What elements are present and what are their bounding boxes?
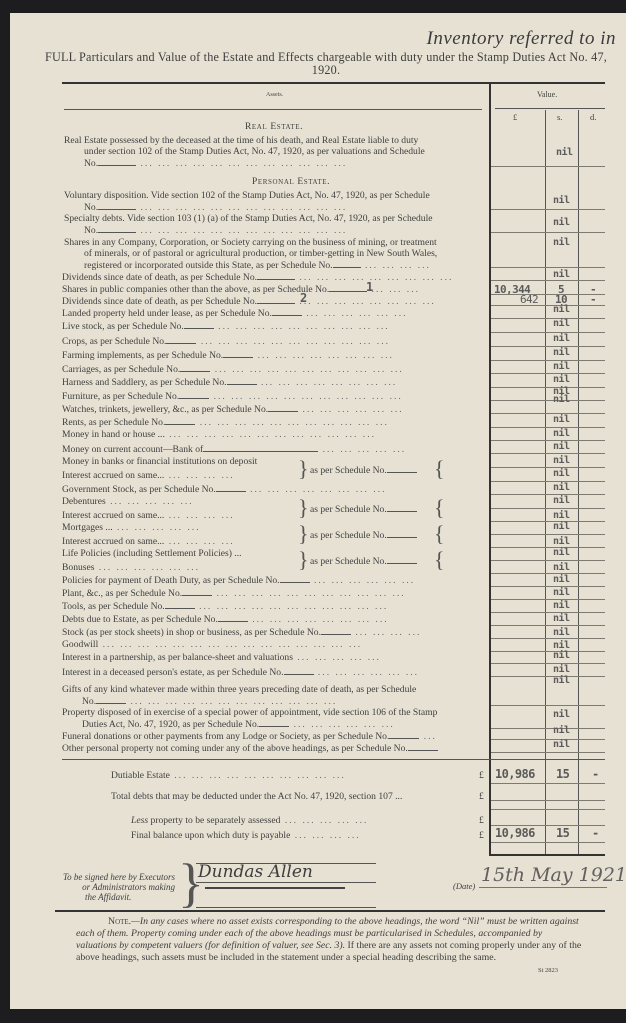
date-value: 15th May 1921 xyxy=(481,864,626,886)
row-rule xyxy=(491,809,605,810)
signature-line xyxy=(196,882,376,883)
row-rule xyxy=(491,800,605,801)
nil-value: nil xyxy=(553,361,570,372)
row-rule xyxy=(491,705,605,706)
row-rule xyxy=(491,508,605,509)
nil-value: nil xyxy=(553,650,570,661)
row-live-stock: Live stock, as per Schedule No. ... ... … xyxy=(62,320,390,332)
nil-value: nil xyxy=(553,333,570,344)
total-dutiable-estate-label: Dutiable Estate ... ... ... ... ... ... … xyxy=(111,770,346,781)
row-rule xyxy=(491,573,605,574)
row-rule xyxy=(491,534,605,535)
brace-right: } xyxy=(298,458,309,480)
row-furniture: Furniture, as per Schedule No. ... ... .… xyxy=(62,390,403,402)
note-prefix: Note. xyxy=(76,916,131,927)
row-mortgages: Mortgages ... ... ... ... ... ... xyxy=(62,522,201,533)
row-tools: Tools, as per Schedule No. ... ... ... .… xyxy=(62,600,388,612)
nil-value: nil xyxy=(553,269,570,280)
value-header-rule xyxy=(495,108,605,109)
shillings-pence-divider xyxy=(578,110,579,855)
table-bottom-rule xyxy=(489,854,605,856)
brace-left: { xyxy=(434,497,445,519)
signature-underline xyxy=(205,887,345,889)
row-interest-banks: Interest accrued on same... ... ... ... … xyxy=(62,470,235,481)
brace-right: } xyxy=(298,549,309,571)
row-specialty-no: No. ... ... ... ... ... ... ... ... ... … xyxy=(84,224,347,236)
row-crops: Crops, as per Schedule No. ... ... ... .… xyxy=(62,335,390,347)
dutiable-shillings: 15 xyxy=(556,767,569,781)
brace-schedule-label: as per Schedule No. xyxy=(310,555,417,567)
nil-value: nil xyxy=(553,574,570,585)
row-other-personal-property: Other personal property not coming under… xyxy=(62,742,438,754)
row-rule xyxy=(491,467,605,468)
instruction-line: the Affidavit. xyxy=(55,892,175,902)
row-rule xyxy=(491,360,605,361)
row-rule xyxy=(491,676,605,677)
row-money-in-banks: Money in banks or financial institutions… xyxy=(62,456,257,467)
row-dividends-2: Dividends since date of death, as per Sc… xyxy=(62,295,436,307)
row-rule xyxy=(491,232,605,233)
nil-value: nil xyxy=(553,562,570,573)
nil-value: nil xyxy=(553,547,570,558)
row-rule xyxy=(491,612,605,613)
nil-value: nil xyxy=(553,664,570,675)
brace-right: } xyxy=(298,497,309,519)
brace-schedule-label: as per Schedule No. xyxy=(310,529,417,541)
nil-value: nil xyxy=(553,725,570,736)
date-label: (Date) xyxy=(453,881,475,892)
nil-value: nil xyxy=(553,414,570,425)
row-funeral-donations: Funeral donations or other payments from… xyxy=(62,730,437,742)
instruction-line: or Administrators making xyxy=(55,882,175,892)
row-property-disposed-line2: Duties Act, No. 47, 1920, as per Schedul… xyxy=(82,718,395,730)
row-rule xyxy=(491,651,605,652)
nil-value: nil xyxy=(553,374,570,385)
final-balance-label: Final balance upon which duty is payable… xyxy=(131,830,361,841)
date-line xyxy=(479,887,607,888)
signature-instruction: To be signed here by Executors or Admini… xyxy=(55,872,175,902)
nil-value: nil xyxy=(553,347,570,358)
row-money-current-account: Money on current account—Bank of ... ...… xyxy=(62,443,406,455)
row-voluntary-no: No. ... ... ... ... ... ... ... ... ... … xyxy=(84,201,347,213)
brace-left: { xyxy=(434,523,445,545)
nil-value: nil xyxy=(553,675,570,686)
row-rule xyxy=(491,560,605,561)
row-rule xyxy=(491,387,605,388)
real-estate-heading: Real Estate. xyxy=(245,122,303,133)
value-column-header: Value. xyxy=(537,89,557,100)
row-life-policies: Life Policies (including Settlement Poli… xyxy=(62,548,242,559)
row-stock-shop: Stock (as per stock sheets) in shop or b… xyxy=(62,626,421,638)
row-rule xyxy=(491,267,605,268)
row-rule xyxy=(491,346,605,347)
row-money-in-hand: Money in hand or house ... ... ... ... .… xyxy=(62,429,376,440)
total-debts-label: Total debts that may be deducted under t… xyxy=(111,791,402,802)
instruction-line: To be signed here by Executors xyxy=(55,872,175,882)
totals-separator xyxy=(62,759,605,760)
row-rule xyxy=(491,294,605,295)
row-rule xyxy=(491,752,605,753)
executor-signature: Dundas Allen xyxy=(198,862,313,882)
nil-value: nil xyxy=(553,587,570,598)
row-rule xyxy=(491,400,605,401)
assets-header-rule xyxy=(64,109,482,110)
row-interest-mortgages: Interest accrued on same... ... ... ... … xyxy=(62,536,235,547)
row-rule xyxy=(491,481,605,482)
shillings-column-header: s. xyxy=(557,112,562,123)
currency-symbol: £ xyxy=(479,791,484,802)
currency-symbol: £ xyxy=(479,770,484,781)
row-goodwill: Goodwill ... ... ... ... ... ... ... ...… xyxy=(62,639,362,650)
row-property-disposed-line1: Property disposed of in exercise of a sp… xyxy=(62,707,437,718)
footnote: Note.—In any cases where no asset exists… xyxy=(76,916,584,964)
nil-value: nil xyxy=(553,428,570,439)
nil-value: nil xyxy=(553,237,570,248)
row-shares-mining-line1: Shares in any Company, Corporation, or S… xyxy=(64,237,437,248)
nil-value: nil xyxy=(553,709,570,720)
row-interest-deceased-estate: Interest in a deceased person's estate, … xyxy=(62,666,419,678)
final-shillings: 15 xyxy=(556,826,569,840)
pence-column-header: d. xyxy=(590,112,596,123)
form-code: St 2823 xyxy=(538,967,558,974)
row-rule xyxy=(491,440,605,441)
brace-right: } xyxy=(298,523,309,545)
row-watches-jewellery: Watches, trinkets, jewellery, &c., as pe… xyxy=(62,403,404,415)
row-debts-due: Debts due to Estate, as per Schedule No.… xyxy=(62,613,389,625)
nil-value: nil xyxy=(553,304,570,315)
nil-value: nil xyxy=(553,739,570,750)
table-top-rule xyxy=(62,82,605,84)
row-rule xyxy=(491,494,605,495)
final-pounds: 10,986 xyxy=(495,826,535,840)
row-interest-debentures: Interest accrued on same... ... ... ... … xyxy=(62,510,235,521)
nil-value: nil xyxy=(553,441,570,452)
personal-estate-heading: Personal Estate. xyxy=(252,177,330,188)
nil-value: nil xyxy=(553,613,570,624)
nil-value: nil xyxy=(553,394,570,405)
row-rule xyxy=(491,318,605,319)
row-rule xyxy=(491,413,605,414)
row-voluntary-disposition: Voluntary disposition. Vide section 102 … xyxy=(64,190,430,201)
row-interest-partnership: Interest in a partnership, as per balanc… xyxy=(62,652,381,663)
row-rule xyxy=(491,453,605,454)
row-rents: Rents, as per Schedule No. ... ... ... .… xyxy=(62,416,389,428)
row-specialty-debts: Specialty debts. Vide section 103 (1) (a… xyxy=(64,213,433,224)
row-rule xyxy=(491,842,605,843)
inventory-title: Inventory referred to in xyxy=(427,28,616,50)
nil-value: nil xyxy=(553,536,570,547)
signature-line xyxy=(196,907,376,908)
row-policies-death-duty: Policies for payment of Death Duty, as p… xyxy=(62,574,415,586)
row-rule xyxy=(491,728,605,729)
row-shares-mining-line3: registered or incorporated outside this … xyxy=(84,259,431,271)
less-property-label: Less property to be separately assessed … xyxy=(131,815,368,826)
row-rule xyxy=(491,166,605,167)
pounds-shillings-divider xyxy=(545,110,546,855)
row-rule xyxy=(491,547,605,548)
nil-value: nil xyxy=(553,468,570,479)
pounds-column-header: £ xyxy=(513,112,517,123)
row-government-stock: Government Stock, as per Schedule No. ..… xyxy=(62,483,386,495)
currency-symbol: £ xyxy=(479,830,484,841)
row-rule xyxy=(491,586,605,587)
nil-value: nil xyxy=(553,600,570,611)
schedule-number-handwritten: 1 xyxy=(366,280,373,294)
row-bonuses: Bonuses ... ... ... ... ... ... xyxy=(62,562,200,573)
row-plant: Plant, &c., as per Schedule No. ... ... … xyxy=(62,587,406,599)
brace-left: { xyxy=(434,549,445,571)
row-carriages: Carriages, as per Schedule No. ... ... .… xyxy=(62,363,404,375)
row-landed-property: Landed property held under lease, as per… xyxy=(62,307,407,319)
nil-value: nil xyxy=(553,495,570,506)
nil-value: nil xyxy=(553,482,570,493)
row-shares-mining-line2: of minerals, or of pastoral or agricultu… xyxy=(84,248,437,259)
row-rule xyxy=(491,739,605,740)
row-rule xyxy=(491,599,605,600)
dutiable-pounds: 10,986 xyxy=(495,767,535,781)
row-debentures: Debentures ... ... ... ... ... xyxy=(62,496,194,507)
row-rule xyxy=(491,638,605,639)
row-dividends-1: Dividends since date of death, as per Sc… xyxy=(62,271,453,283)
brace-schedule-label: as per Schedule No. xyxy=(310,503,417,515)
note-top-rule xyxy=(55,910,605,912)
nil-value: nil xyxy=(556,147,573,158)
form-heading: FULL Particulars and Value of the Estate… xyxy=(40,51,612,77)
row-real-estate-line3: No. ... ... ... ... ... ... ... ... ... … xyxy=(84,157,347,169)
row-rule xyxy=(491,427,605,428)
nil-value: nil xyxy=(553,217,570,228)
nil-value: nil xyxy=(553,455,570,466)
final-pence: - xyxy=(592,826,599,840)
row-rule xyxy=(491,783,605,784)
row-harness-saddlery: Harness and Saddlery, as per Schedule No… xyxy=(62,376,397,388)
nil-value: nil xyxy=(553,521,570,532)
row-rule xyxy=(491,209,605,210)
nil-value: nil xyxy=(553,318,570,329)
nil-value: nil xyxy=(553,195,570,206)
schedule-number-handwritten: 2 xyxy=(300,291,307,305)
brace-left: { xyxy=(434,458,445,480)
row-real-estate-line2: under section 102 of the Stamp Duties Ac… xyxy=(84,146,425,157)
row-rule xyxy=(491,521,605,522)
row-rule xyxy=(491,332,605,333)
dutiable-pence: - xyxy=(592,767,599,781)
row-farming-implements: Farming implements, as per Schedule No. … xyxy=(62,349,394,361)
row-gifts-no: No. ... ... ... ... ... ... ... ... ... … xyxy=(82,695,337,707)
row-rule xyxy=(491,373,605,374)
row-real-estate-line1: Real Estate possessed by the deceased at… xyxy=(64,135,418,146)
assets-column-header: Assets. xyxy=(266,92,283,98)
nil-value: nil xyxy=(553,627,570,638)
brace-schedule-label: as per Schedule No. xyxy=(310,464,417,476)
row-gifts-line1: Gifts of any kind whatever made within t… xyxy=(62,684,416,695)
row-rule xyxy=(491,280,605,281)
row-rule xyxy=(491,663,605,664)
nil-value: nil xyxy=(553,510,570,521)
row-rule xyxy=(491,305,605,306)
row-rule xyxy=(491,625,605,626)
currency-symbol: £ xyxy=(479,815,484,826)
